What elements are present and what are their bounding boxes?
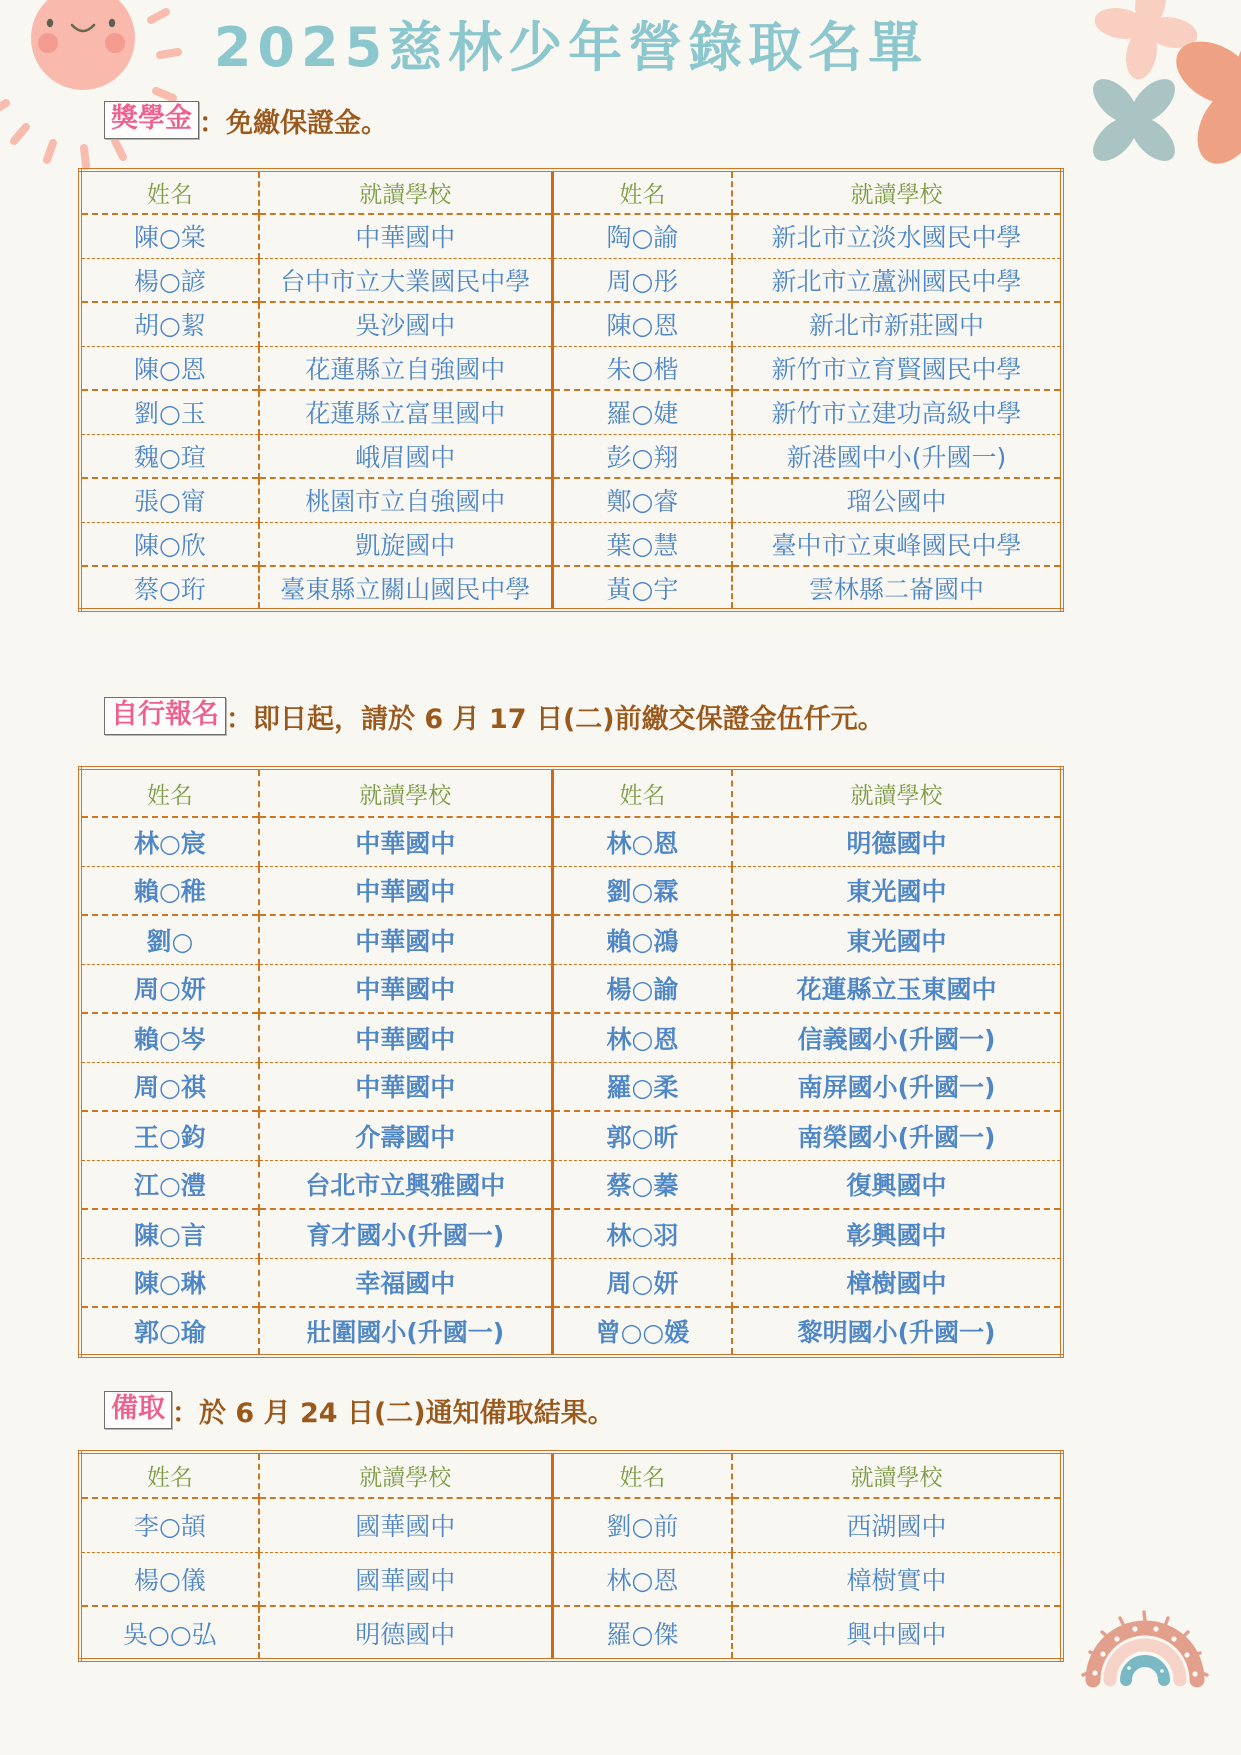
student-school: 信義國小(升國一) bbox=[732, 1013, 1062, 1062]
column-header: 姓名 bbox=[80, 1452, 259, 1498]
column-header: 姓名 bbox=[80, 170, 259, 214]
student-school: 台中市立大業國民中學 bbox=[259, 258, 553, 302]
table-row: 蔡○珩臺東縣立關山國民中學黃○宇雲林縣二崙國中 bbox=[80, 566, 1062, 610]
student-school: 新北市新莊國中 bbox=[732, 302, 1062, 346]
student-school: 花蓮縣立自強國中 bbox=[259, 346, 553, 390]
table-row: 周○妍中華國中楊○諭花蓮縣立玉東國中 bbox=[80, 964, 1062, 1013]
student-name: 賴○稚 bbox=[80, 866, 259, 915]
student-school: 臺東縣立關山國民中學 bbox=[259, 566, 553, 610]
student-school: 中華國中 bbox=[259, 964, 553, 1013]
table-row: 林○宸中華國中林○恩明德國中 bbox=[80, 817, 1062, 866]
section-waitlist: 備取 ：於 6 月 24 日(二)通知備取結果。 bbox=[104, 1390, 1064, 1430]
table-row: 賴○岑中華國中林○恩信義國小(升國一) bbox=[80, 1013, 1062, 1062]
section-scholarship: 獎學金 ：免繳保證金。 bbox=[104, 100, 1064, 140]
student-school: 中華國中 bbox=[259, 1062, 553, 1111]
student-name: 周○妍 bbox=[80, 964, 259, 1013]
document-content: 2025慈林少年營錄取名單 獎學金 ：免繳保證金。 姓名就讀學校姓名就讀學校 陳… bbox=[78, 0, 1064, 1662]
student-school: 壯圍國小(升國一) bbox=[259, 1307, 553, 1356]
self-registration-desc: ：即日起，請於 6 月 17 日(二)前繳交保證金伍仟元。 bbox=[226, 697, 885, 736]
student-school: 臺中市立東峰國民中學 bbox=[732, 522, 1062, 566]
flowers-icon bbox=[1071, 0, 1241, 190]
table-row: 陳○言育才國小(升國一)林○羽彰興國中 bbox=[80, 1209, 1062, 1258]
table-row: 劉○玉花蓮縣立富里國中羅○婕新竹市立建功高級中學 bbox=[80, 390, 1062, 434]
student-name: 陳○恩 bbox=[552, 302, 732, 346]
student-name: 賴○鴻 bbox=[552, 915, 732, 964]
table-row: 楊○諺台中市立大業國民中學周○彤新北市立蘆洲國民中學 bbox=[80, 258, 1062, 302]
table-row: 周○祺中華國中羅○柔南屏國小(升國一) bbox=[80, 1062, 1062, 1111]
student-school: 樟樹實中 bbox=[732, 1552, 1062, 1606]
student-school: 台北市立興雅國中 bbox=[259, 1160, 553, 1209]
student-school: 幸福國中 bbox=[259, 1258, 553, 1307]
column-header: 就讀學校 bbox=[732, 170, 1062, 214]
table-row: 陳○棠中華國中陶○諭新北市立淡水國民中學 bbox=[80, 214, 1062, 258]
scholarship-label: 獎學金 bbox=[104, 101, 199, 138]
table-row: 郭○瑜壯圍國小(升國一)曾○○媛黎明國小(升國一) bbox=[80, 1307, 1062, 1356]
table-row: 張○甯桃園市立自強國中鄭○睿瑠公國中 bbox=[80, 478, 1062, 522]
table-row: 李○頡國華國中劉○前西湖國中 bbox=[80, 1498, 1062, 1552]
scholarship-desc: ：免繳保證金。 bbox=[199, 101, 388, 140]
student-school: 新港國中小(升國一) bbox=[732, 434, 1062, 478]
student-name: 楊○儀 bbox=[80, 1552, 259, 1606]
student-school: 興中國中 bbox=[732, 1606, 1062, 1660]
student-school: 中華國中 bbox=[259, 915, 553, 964]
student-name: 蔡○蓁 bbox=[552, 1160, 732, 1209]
waitlist-desc: ：於 6 月 24 日(二)通知備取結果。 bbox=[172, 1391, 615, 1430]
table-row: 魏○瑄峨眉國中彭○翔新港國中小(升國一) bbox=[80, 434, 1062, 478]
column-header: 姓名 bbox=[80, 768, 259, 817]
student-name: 陳○琳 bbox=[80, 1258, 259, 1307]
column-header: 就讀學校 bbox=[259, 1452, 553, 1498]
table-header-row: 姓名就讀學校姓名就讀學校 bbox=[80, 768, 1062, 817]
student-school: 花蓮縣立富里國中 bbox=[259, 390, 553, 434]
student-name: 劉○玉 bbox=[80, 390, 259, 434]
table-row: 陳○恩花蓮縣立自強國中朱○楷新竹市立育賢國民中學 bbox=[80, 346, 1062, 390]
student-name: 羅○柔 bbox=[552, 1062, 732, 1111]
student-name: 劉○前 bbox=[552, 1498, 732, 1552]
student-school: 吳沙國中 bbox=[259, 302, 553, 346]
table-header-row: 姓名就讀學校姓名就讀學校 bbox=[80, 1452, 1062, 1498]
waitlist-label: 備取 bbox=[104, 1391, 172, 1428]
student-school: 中華國中 bbox=[259, 866, 553, 915]
student-school: 東光國中 bbox=[732, 915, 1062, 964]
student-name: 楊○諺 bbox=[80, 258, 259, 302]
student-name: 朱○楷 bbox=[552, 346, 732, 390]
student-name: 林○恩 bbox=[552, 1013, 732, 1062]
table-row: 陳○琳幸福國中周○妍樟樹國中 bbox=[80, 1258, 1062, 1307]
column-header: 就讀學校 bbox=[259, 768, 553, 817]
student-name: 江○澧 bbox=[80, 1160, 259, 1209]
student-school: 凱旋國中 bbox=[259, 522, 553, 566]
table-row: 江○澧台北市立興雅國中蔡○蓁復興國中 bbox=[80, 1160, 1062, 1209]
table-row: 王○鈞介壽國中郭○昕南榮國小(升國一) bbox=[80, 1111, 1062, 1160]
student-name: 魏○瑄 bbox=[80, 434, 259, 478]
student-name: 羅○婕 bbox=[552, 390, 732, 434]
table-row: 楊○儀國華國中林○恩樟樹實中 bbox=[80, 1552, 1062, 1606]
column-header: 姓名 bbox=[552, 170, 732, 214]
student-name: 李○頡 bbox=[80, 1498, 259, 1552]
student-school: 峨眉國中 bbox=[259, 434, 553, 478]
page: 2025慈林少年營錄取名單 獎學金 ：免繳保證金。 姓名就讀學校姓名就讀學校 陳… bbox=[0, 0, 1241, 1755]
student-school: 育才國小(升國一) bbox=[259, 1209, 553, 1258]
column-header: 姓名 bbox=[552, 1452, 732, 1498]
student-name: 黃○宇 bbox=[552, 566, 732, 610]
column-header: 就讀學校 bbox=[732, 768, 1062, 817]
student-school: 明德國中 bbox=[259, 1606, 553, 1660]
student-name: 吳○○弘 bbox=[80, 1606, 259, 1660]
student-name: 陳○言 bbox=[80, 1209, 259, 1258]
student-school: 新北市立淡水國民中學 bbox=[732, 214, 1062, 258]
student-school: 中華國中 bbox=[259, 817, 553, 866]
student-name: 曾○○媛 bbox=[552, 1307, 732, 1356]
student-school: 中華國中 bbox=[259, 214, 553, 258]
student-name: 陳○恩 bbox=[80, 346, 259, 390]
student-school: 南榮國小(升國一) bbox=[732, 1111, 1062, 1160]
student-school: 西湖國中 bbox=[732, 1498, 1062, 1552]
student-name: 王○鈞 bbox=[80, 1111, 259, 1160]
table-row: 賴○稚中華國中劉○霖東光國中 bbox=[80, 866, 1062, 915]
student-name: 楊○諭 bbox=[552, 964, 732, 1013]
student-school: 介壽國中 bbox=[259, 1111, 553, 1160]
student-school: 復興國中 bbox=[732, 1160, 1062, 1209]
table-row: 劉○中華國中賴○鴻東光國中 bbox=[80, 915, 1062, 964]
student-school: 花蓮縣立玉東國中 bbox=[732, 964, 1062, 1013]
student-school: 新竹市立建功高級中學 bbox=[732, 390, 1062, 434]
student-school: 中華國中 bbox=[259, 1013, 553, 1062]
student-school: 新竹市立育賢國民中學 bbox=[732, 346, 1062, 390]
table-header-row: 姓名就讀學校姓名就讀學校 bbox=[80, 170, 1062, 214]
student-school: 雲林縣二崙國中 bbox=[732, 566, 1062, 610]
self-registration-table: 姓名就讀學校姓名就讀學校 林○宸中華國中林○恩明德國中賴○稚中華國中劉○霖東光國… bbox=[78, 766, 1064, 1358]
student-name: 胡○絜 bbox=[80, 302, 259, 346]
student-name: 林○恩 bbox=[552, 1552, 732, 1606]
student-name: 賴○岑 bbox=[80, 1013, 259, 1062]
table-row: 胡○絜吳沙國中陳○恩新北市新莊國中 bbox=[80, 302, 1062, 346]
student-name: 羅○傑 bbox=[552, 1606, 732, 1660]
student-name: 林○羽 bbox=[552, 1209, 732, 1258]
student-school: 桃園市立自強國中 bbox=[259, 478, 553, 522]
student-school: 樟樹國中 bbox=[732, 1258, 1062, 1307]
student-name: 陳○棠 bbox=[80, 214, 259, 258]
student-school: 明德國中 bbox=[732, 817, 1062, 866]
student-name: 周○妍 bbox=[552, 1258, 732, 1307]
student-name: 張○甯 bbox=[80, 478, 259, 522]
column-header: 就讀學校 bbox=[732, 1452, 1062, 1498]
student-school: 南屏國小(升國一) bbox=[732, 1062, 1062, 1111]
student-name: 蔡○珩 bbox=[80, 566, 259, 610]
student-name: 林○宸 bbox=[80, 817, 259, 866]
student-name: 劉○ bbox=[80, 915, 259, 964]
student-name: 郭○瑜 bbox=[80, 1307, 259, 1356]
column-header: 就讀學校 bbox=[259, 170, 553, 214]
student-name: 周○彤 bbox=[552, 258, 732, 302]
student-name: 鄭○睿 bbox=[552, 478, 732, 522]
scholarship-table: 姓名就讀學校姓名就讀學校 陳○棠中華國中陶○諭新北市立淡水國民中學楊○諺台中市立… bbox=[78, 168, 1064, 612]
student-school: 東光國中 bbox=[732, 866, 1062, 915]
table-row: 陳○欣凱旋國中葉○慧臺中市立東峰國民中學 bbox=[80, 522, 1062, 566]
rainbow-icon bbox=[1076, 1582, 1216, 1694]
student-school: 國華國中 bbox=[259, 1552, 553, 1606]
waitlist-table: 姓名就讀學校姓名就讀學校 李○頡國華國中劉○前西湖國中楊○儀國華國中林○恩樟樹實… bbox=[78, 1450, 1064, 1662]
student-name: 彭○翔 bbox=[552, 434, 732, 478]
student-school: 黎明國小(升國一) bbox=[732, 1307, 1062, 1356]
student-school: 國華國中 bbox=[259, 1498, 553, 1552]
self-registration-label: 自行報名 bbox=[104, 697, 226, 734]
column-header: 姓名 bbox=[552, 768, 732, 817]
student-name: 周○祺 bbox=[80, 1062, 259, 1111]
student-name: 葉○慧 bbox=[552, 522, 732, 566]
student-name: 林○恩 bbox=[552, 817, 732, 866]
page-title: 2025慈林少年營錄取名單 bbox=[78, 6, 1064, 90]
student-school: 彰興國中 bbox=[732, 1209, 1062, 1258]
student-name: 陳○欣 bbox=[80, 522, 259, 566]
student-name: 郭○昕 bbox=[552, 1111, 732, 1160]
student-school: 新北市立蘆洲國民中學 bbox=[732, 258, 1062, 302]
table-row: 吳○○弘明德國中羅○傑興中國中 bbox=[80, 1606, 1062, 1660]
section-self-registration: 自行報名 ：即日起，請於 6 月 17 日(二)前繳交保證金伍仟元。 bbox=[104, 696, 1064, 736]
student-school: 瑠公國中 bbox=[732, 478, 1062, 522]
student-name: 陶○諭 bbox=[552, 214, 732, 258]
student-name: 劉○霖 bbox=[552, 866, 732, 915]
